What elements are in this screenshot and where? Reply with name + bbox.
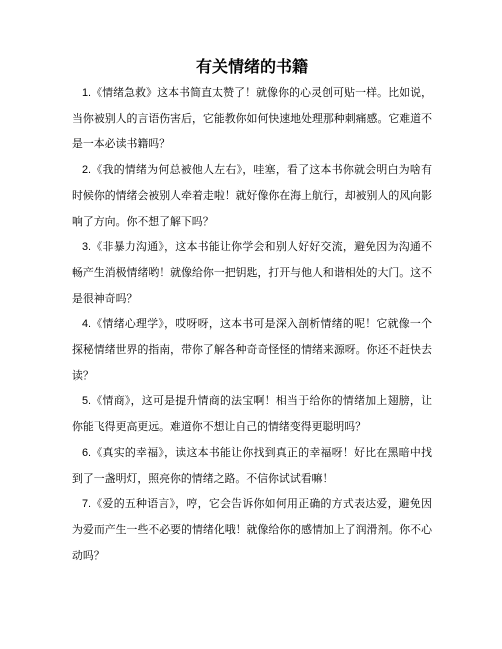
- document-body: 1.《情绪急救》这本书简直太赞了！就像你的心灵创可贴一样。比如说，当你被别人的言…: [72, 81, 432, 569]
- document-title: 有关情绪的书籍: [72, 55, 432, 81]
- paragraph-4: 4.《情绪心理学》，哎呀呀，这本书可是深入剖析情绪的呢！它就像一个探秘情绪世界的…: [72, 312, 432, 389]
- paragraph-5: 5.《情商》，这可是提升情商的法宝啊！相当于给你的情绪加上翅膀，让你能飞得更高更…: [72, 389, 432, 440]
- paragraph-2: 2.《我的情绪为何总被他人左右》，哇塞，看了这本书你就会明白为啥有时候你的情绪会…: [72, 158, 432, 235]
- document-page: 有关情绪的书籍 1.《情绪急救》这本书简直太赞了！就像你的心灵创可贴一样。比如说…: [0, 0, 502, 649]
- paragraph-3: 3.《非暴力沟通》，这本书能让你学会和别人好好交流，避免因为沟通不畅产生消极情绪…: [72, 235, 432, 312]
- paragraph-6: 6.《真实的幸福》，读这本书能让你找到真正的幸福呀！好比在黑暗中找到了一盏明灯，…: [72, 441, 432, 492]
- paragraph-7: 7.《爱的五种语言》，哼，它会告诉你如何用正确的方式表达爱，避免因为爱而产生一些…: [72, 492, 432, 569]
- paragraph-1: 1.《情绪急救》这本书简直太赞了！就像你的心灵创可贴一样。比如说，当你被别人的言…: [72, 81, 432, 158]
